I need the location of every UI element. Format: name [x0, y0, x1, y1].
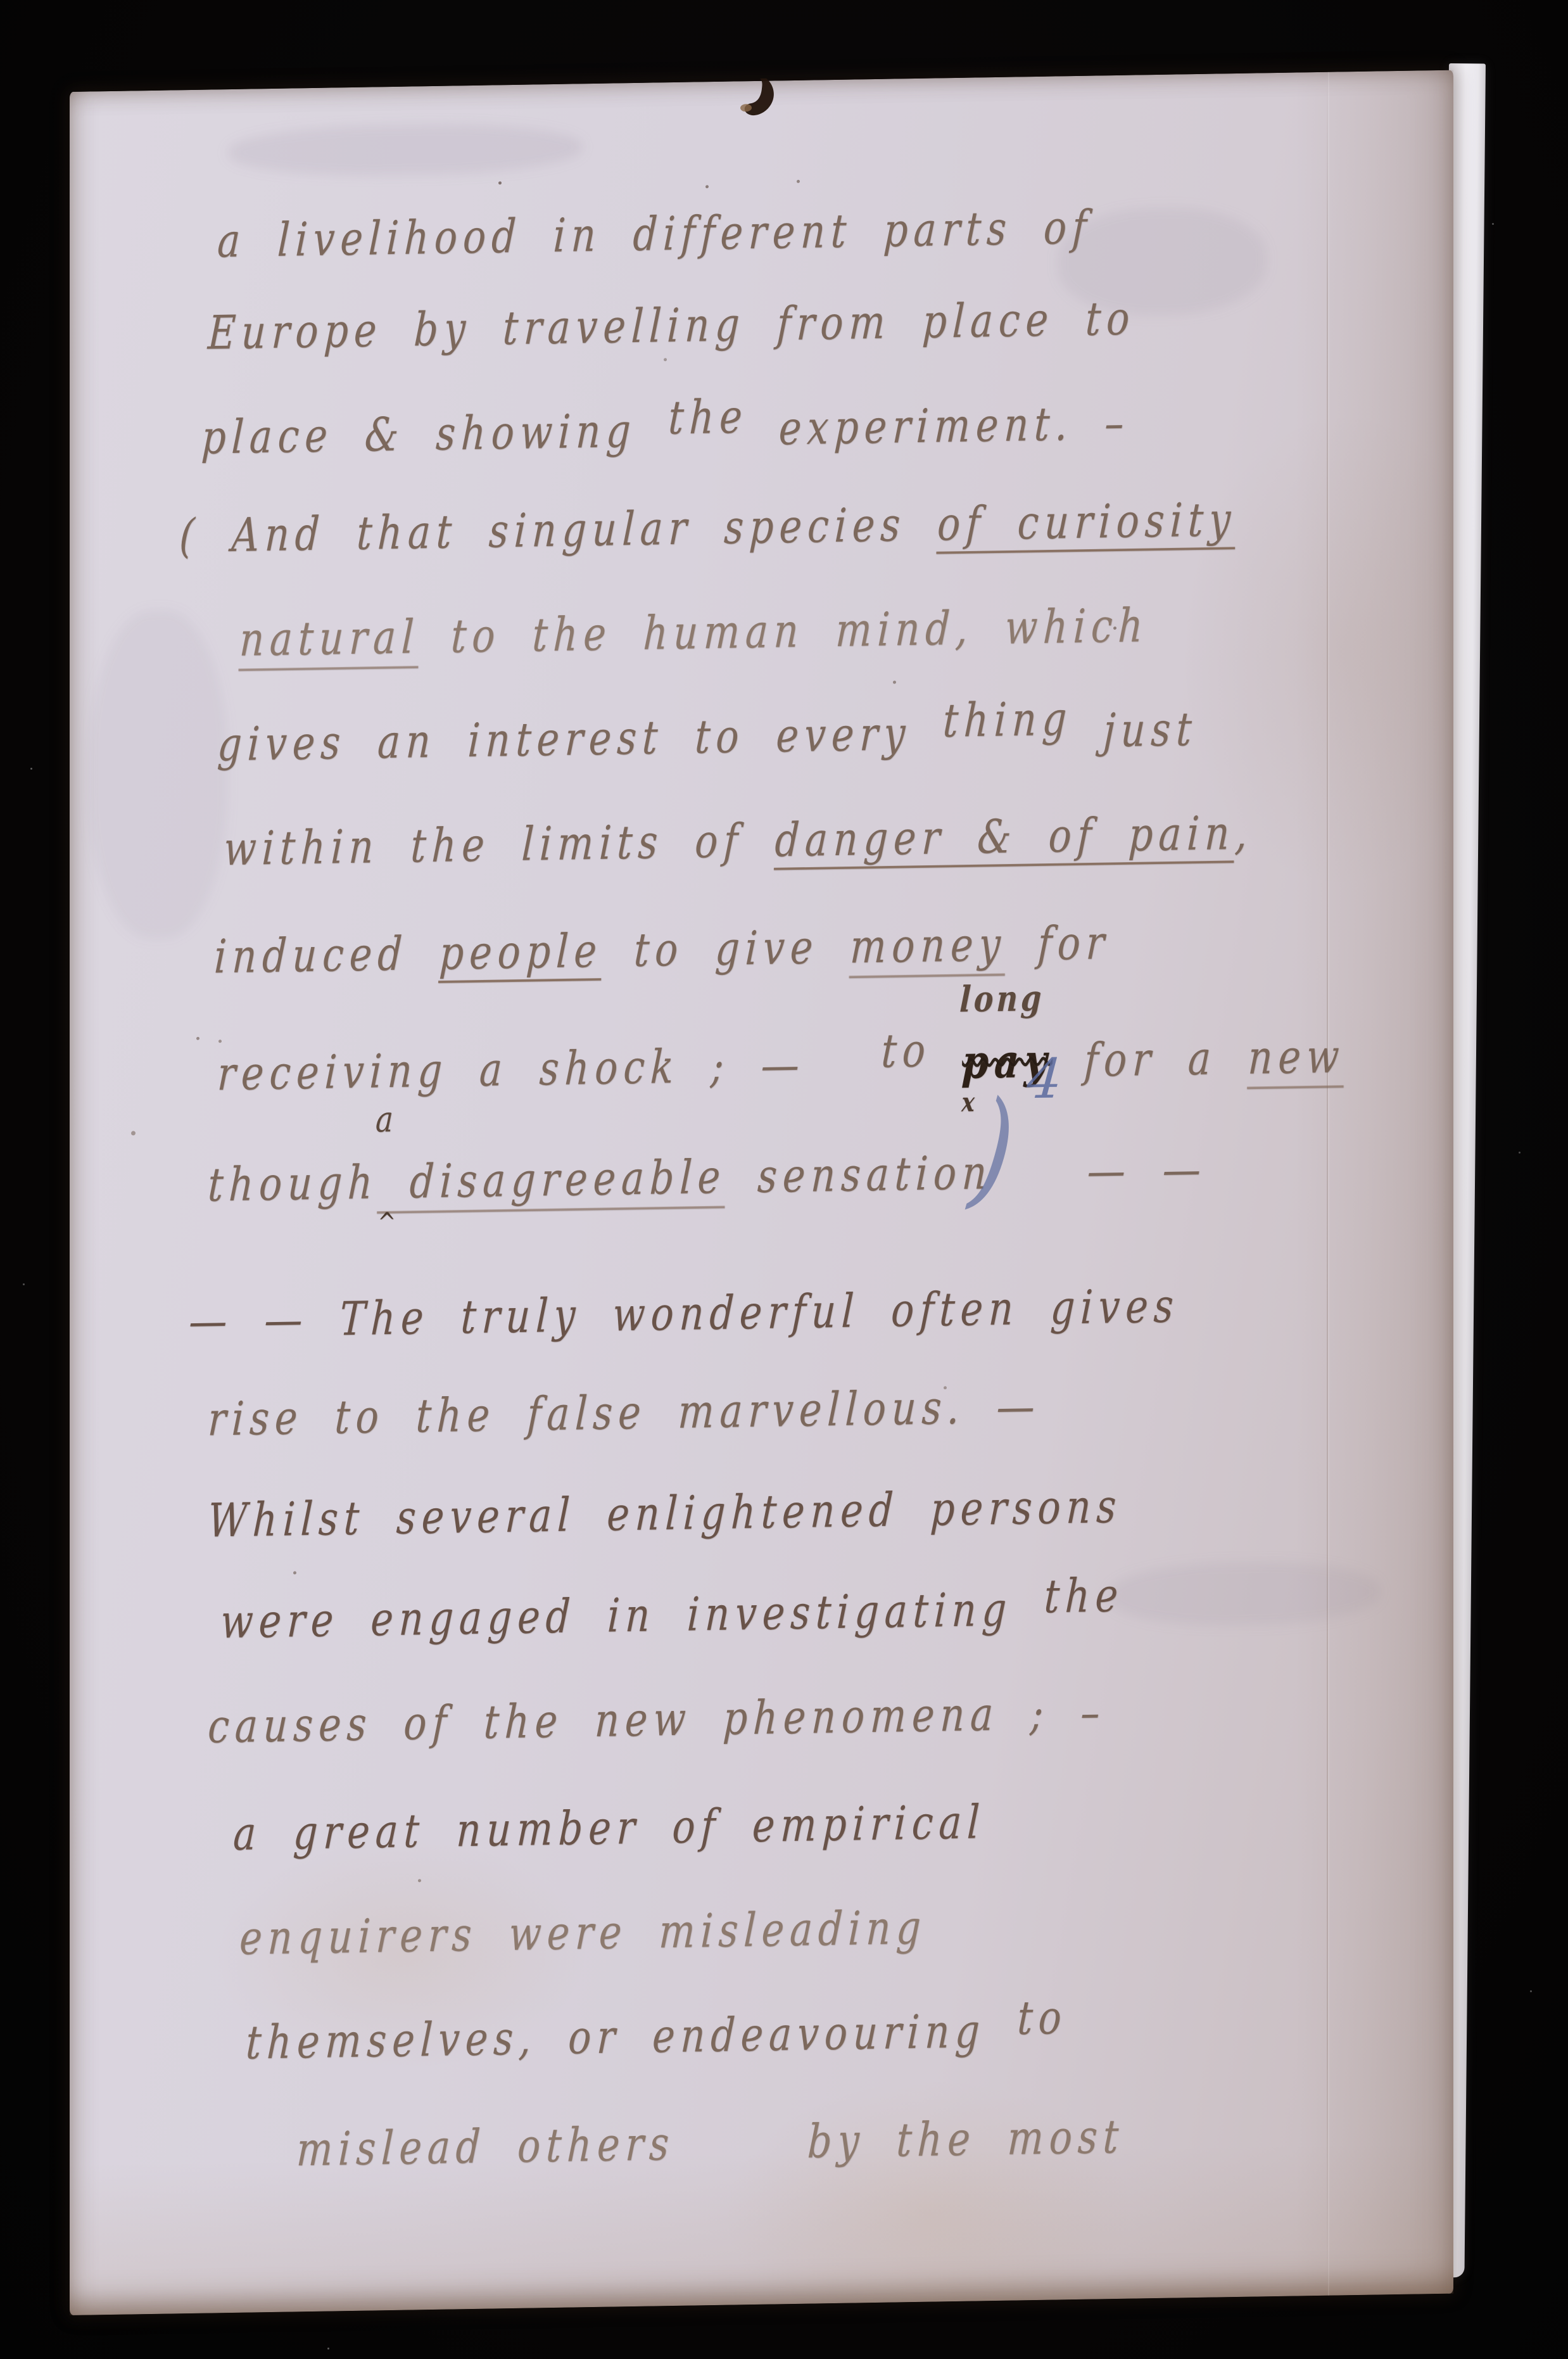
handwritten-words: ( And that singular species	[179, 497, 939, 563]
handwritten-words: to the human mind, which	[418, 599, 1149, 664]
photographed-manuscript: a livelihood in different parts ofEurope…	[0, 0, 1568, 2359]
bottom-staining	[70, 2142, 1453, 2315]
manuscript-line: Whilst several enlightened persons	[207, 1484, 1123, 1544]
manuscript-line: causes of the new phenomena ; –	[207, 1689, 1106, 1750]
handwritten-words: natural	[239, 610, 420, 667]
handwritten-words: a great number of empirical	[232, 1795, 987, 1861]
handwritten-words: just	[1070, 703, 1198, 759]
handwritten-words: Whilst several enlightened persons	[207, 1480, 1123, 1548]
manuscript-line: gives an interest to every thing just	[217, 706, 1198, 768]
manuscript-line: receiving a shock ; — to paylongx for a …	[217, 1033, 1346, 1097]
inserted-word: a	[375, 1101, 397, 1137]
handwritten-words: money	[849, 918, 1008, 974]
handwritten-words: for	[1005, 916, 1111, 972]
manuscript-line: though disagreeablea^ sensation— —	[207, 1147, 1208, 1209]
handwritten-words: — —	[1086, 1143, 1208, 1199]
archivist-number-annotation: 4	[1025, 1047, 1065, 1111]
handwritten-words: ,	[1234, 806, 1254, 861]
handwritten-words: disagreeablea^	[377, 1150, 727, 1210]
handwritten-words: danger & of pain	[774, 806, 1236, 868]
handwritten-words: to	[1016, 1991, 1068, 2046]
handwritten-words: — — The truly wonderful often gives	[188, 1279, 1180, 1349]
spacing-gap	[836, 1079, 880, 1080]
handwritten-words: experiment. –	[746, 397, 1130, 457]
manuscript-line: mislead others by the most	[296, 2114, 1125, 2173]
handwritten-words: gives an interest to every	[217, 706, 944, 772]
handwritten-words: sensation	[724, 1146, 993, 1204]
handwritten-words: by the most	[775, 2110, 1125, 2170]
inserted-word: long	[959, 980, 1045, 1017]
manuscript-line: ( And that singular species of curiosity	[179, 497, 1237, 559]
handwritten-words: enquirers were misleading	[239, 1901, 928, 1966]
manuscript-line: induced people to give money for	[213, 920, 1111, 980]
manuscript-line: themselves, or endeavouring to	[245, 2007, 1068, 2066]
manuscript-line: Europe by travelling from place to	[207, 296, 1136, 357]
edge-staining	[1295, 70, 1453, 2296]
show-through-mark	[228, 122, 583, 178]
handwritten-words: a livelihood in different parts of	[217, 201, 1094, 269]
caret-mark: ^	[377, 1209, 401, 1236]
manuscript-page: a livelihood in different parts ofEurope…	[70, 70, 1453, 2315]
spacing-gap	[992, 1187, 1087, 1188]
handwritten-words: to give	[601, 920, 851, 979]
caret-mark: x	[961, 1090, 981, 1116]
manuscript-line: rise to the false marvellous. —	[207, 1383, 1041, 1443]
handwritten-words: thing	[942, 692, 1073, 748]
handwritten-words: were engaged in investigating	[220, 1582, 1045, 1650]
manuscript-line: a livelihood in different parts of	[217, 205, 1093, 265]
handwritten-words: within the limits of	[223, 813, 776, 876]
handwritten-words: induced	[213, 927, 441, 984]
handwritten-words: new	[1247, 1029, 1346, 1085]
handwritten-words: place & showing	[201, 404, 669, 465]
manuscript-line: enquirers were misleading	[239, 1905, 927, 1962]
manuscript-line: within the limits of danger & of pain,	[223, 810, 1254, 873]
ink-specks	[70, 92, 73, 95]
handwritten-words: to	[880, 1023, 964, 1078]
handwritten-words: receiving a shock ; —	[217, 1038, 838, 1102]
manuscript-line: a great number of empirical	[232, 1799, 986, 1857]
handwritten-words: of curiosity	[936, 493, 1237, 552]
ink-blot	[733, 77, 785, 120]
vertical-crease	[1327, 72, 1328, 2296]
handwritten-words: the	[1043, 1568, 1125, 1624]
show-through-mark	[89, 609, 228, 940]
handwritten-words: themselves, or endeavouring	[245, 2004, 1018, 2070]
handwritten-words: rise to the false marvellous. —	[207, 1380, 1042, 1447]
handwritten-words: people	[438, 924, 604, 981]
handwritten-words: though	[207, 1155, 379, 1212]
handwritten-words: Europe by travelling from place to	[207, 291, 1137, 360]
spacing-gap	[705, 2158, 775, 2159]
handwritten-words: the	[667, 390, 749, 445]
handwritten-words: for a	[1051, 1031, 1249, 1088]
handwritten-words: mislead others	[296, 2116, 707, 2177]
manuscript-line: natural to the human mind, which	[239, 602, 1149, 663]
dust-specks	[0, 0, 2, 2]
manuscript-line: place & showing the experiment. –	[201, 400, 1130, 461]
manuscript-line: — — The truly wonderful often gives	[188, 1283, 1180, 1345]
handwritten-words: causes of the new phenomena ; –	[207, 1686, 1107, 1754]
manuscript-line: were engaged in investigating the	[220, 1585, 1124, 1646]
